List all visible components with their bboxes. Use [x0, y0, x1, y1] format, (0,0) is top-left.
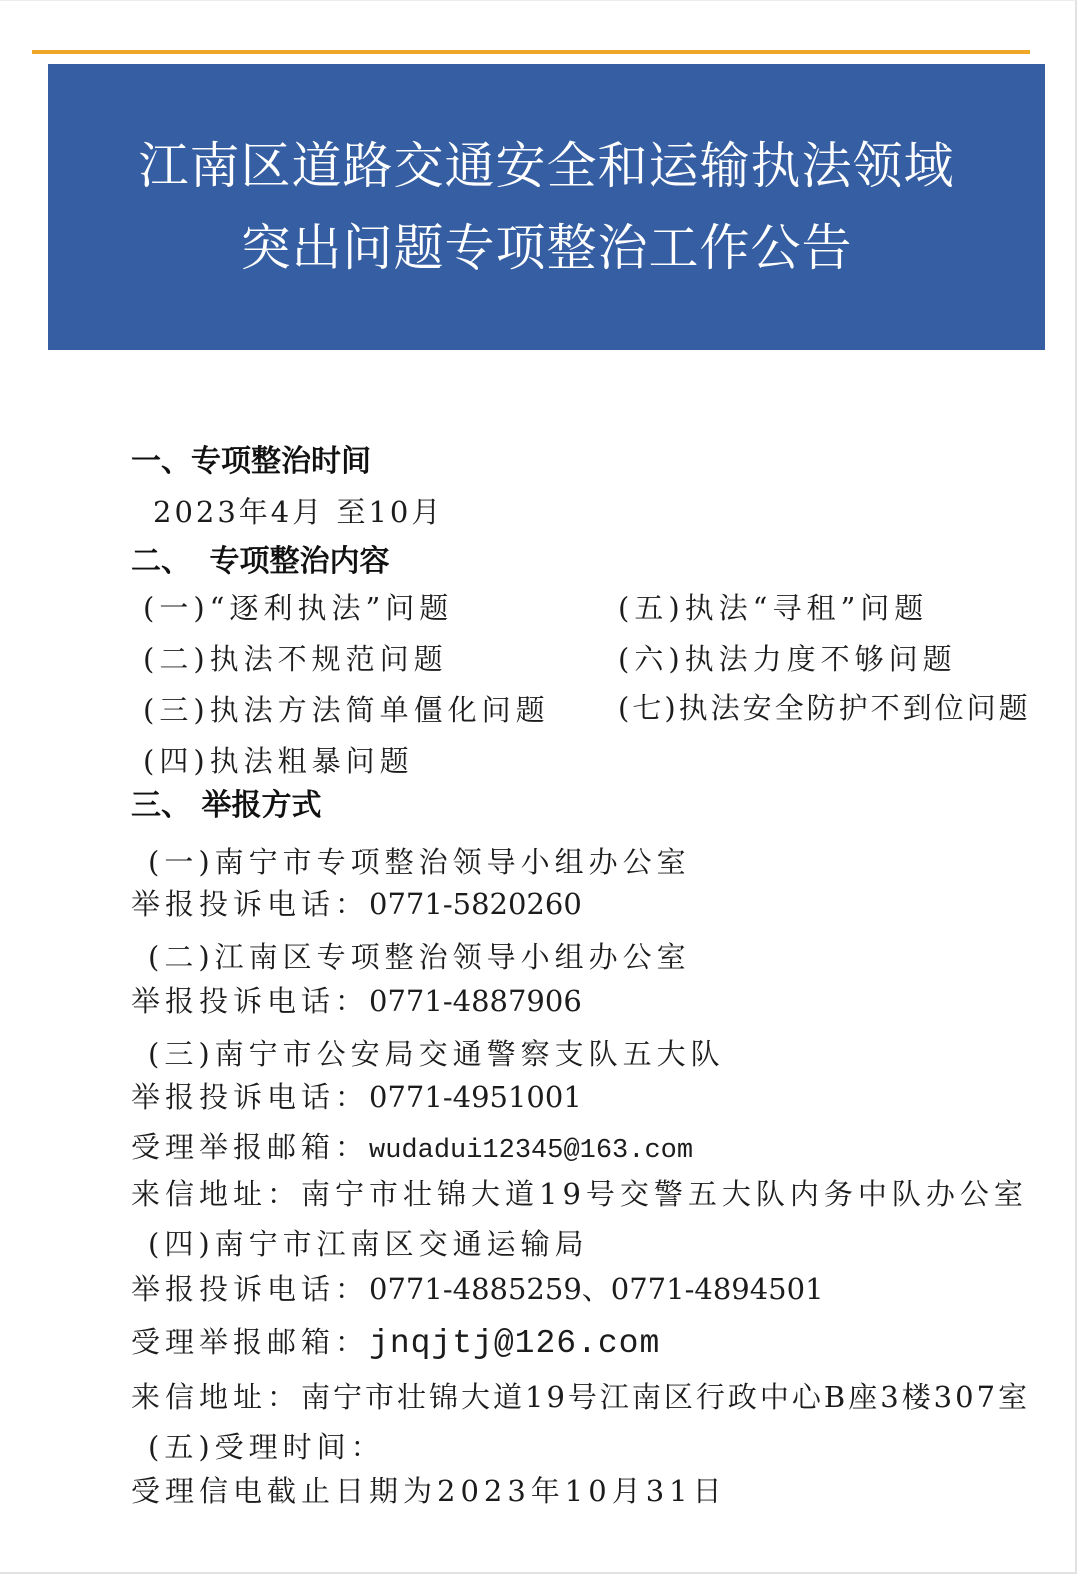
- title-line-1: 江南区道路交通安全和运输执法领域: [139, 141, 955, 191]
- content-item-4: (四)执法粗暴问题: [143, 747, 414, 776]
- contact-1-phone-row: 举报投诉电话：0771-5820260: [131, 890, 582, 919]
- address-label: 来信地址：: [131, 1380, 301, 1414]
- section-3-heading: 三、 举报方式: [131, 791, 321, 821]
- contact-4-phone[interactable]: 0771-4885259、0771-4894501: [369, 1272, 824, 1306]
- title-banner: 江南区道路交通安全和运输执法领域 突出问题专项整治工作公告: [48, 64, 1045, 350]
- contact-2-org: (二)江南区专项整治领导小组办公室: [148, 943, 691, 972]
- content-item-3: (三)执法方法简单僵化问题: [143, 696, 550, 725]
- contact-3-email-row: 受理举报邮箱：wudadui12345@163.com: [131, 1133, 693, 1165]
- content-item-2: (二)执法不规范问题: [143, 645, 448, 674]
- phone-label: 举报投诉电话：: [131, 887, 369, 921]
- contact-3-phone-row: 举报投诉电话：0771-4951001: [131, 1083, 582, 1112]
- contact-4-address-row: 来信地址：南宁市壮锦大道19号江南区行政中心B座3楼307室: [131, 1383, 1030, 1412]
- section-1-period: 2023年4月 至10月: [153, 498, 443, 527]
- contact-2-phone[interactable]: 0771-4887906: [369, 984, 582, 1018]
- contact-3-address: 南宁市壮锦大道19号交警五大队内务中队办公室: [301, 1177, 1028, 1211]
- phone-label: 举报投诉电话：: [131, 984, 369, 1018]
- acceptance-heading: (五)受理时间：: [148, 1433, 385, 1462]
- content-item-7: (七)执法安全防护不到位问题: [618, 694, 1031, 723]
- content-item-6: (六)执法力度不够问题: [618, 645, 957, 674]
- phone-label: 举报投诉电话：: [131, 1080, 369, 1114]
- accent-divider: [32, 50, 1030, 54]
- content-item-5: (五)执法“寻租”问题: [618, 594, 928, 623]
- contact-1-org: (一)南宁市专项整治领导小组办公室: [148, 848, 691, 877]
- email-label: 受理举报邮箱：: [131, 1130, 369, 1164]
- contact-4-org: (四)南宁市江南区交通运输局: [148, 1230, 589, 1259]
- contact-1-phone[interactable]: 0771-5820260: [369, 887, 582, 921]
- contact-4-email[interactable]: jnqjtj@126.com: [369, 1325, 660, 1362]
- contact-3-email[interactable]: wudadui12345@163.com: [369, 1136, 693, 1166]
- section-2-heading: 二、 专项整治内容: [131, 547, 389, 577]
- contact-2-phone-row: 举报投诉电话：0771-4887906: [131, 987, 582, 1016]
- contact-4-email-row: 受理举报邮箱：jnqjtj@126.com: [131, 1327, 660, 1360]
- email-label: 受理举报邮箱：: [131, 1325, 369, 1359]
- contact-3-phone[interactable]: 0771-4951001: [369, 1080, 582, 1114]
- phone-label: 举报投诉电话：: [131, 1272, 369, 1306]
- contact-3-org: (三)南宁市公安局交通警察支队五大队: [148, 1040, 725, 1069]
- section-1-heading: 一、专项整治时间: [131, 447, 371, 477]
- contact-4-phone-row: 举报投诉电话：0771-4885259、0771-4894501: [131, 1275, 824, 1304]
- contact-4-address: 南宁市壮锦大道19号江南区行政中心B座3楼307室: [301, 1380, 1030, 1414]
- contact-3-address-row: 来信地址：南宁市壮锦大道19号交警五大队内务中队办公室: [131, 1180, 1028, 1209]
- content-item-1: (一)“逐利执法”问题: [143, 594, 453, 623]
- title-line-2: 突出问题专项整治工作公告: [241, 223, 853, 273]
- address-label: 来信地址：: [131, 1177, 301, 1211]
- acceptance-deadline: 受理信电截止日期为2023年10月31日: [131, 1477, 727, 1506]
